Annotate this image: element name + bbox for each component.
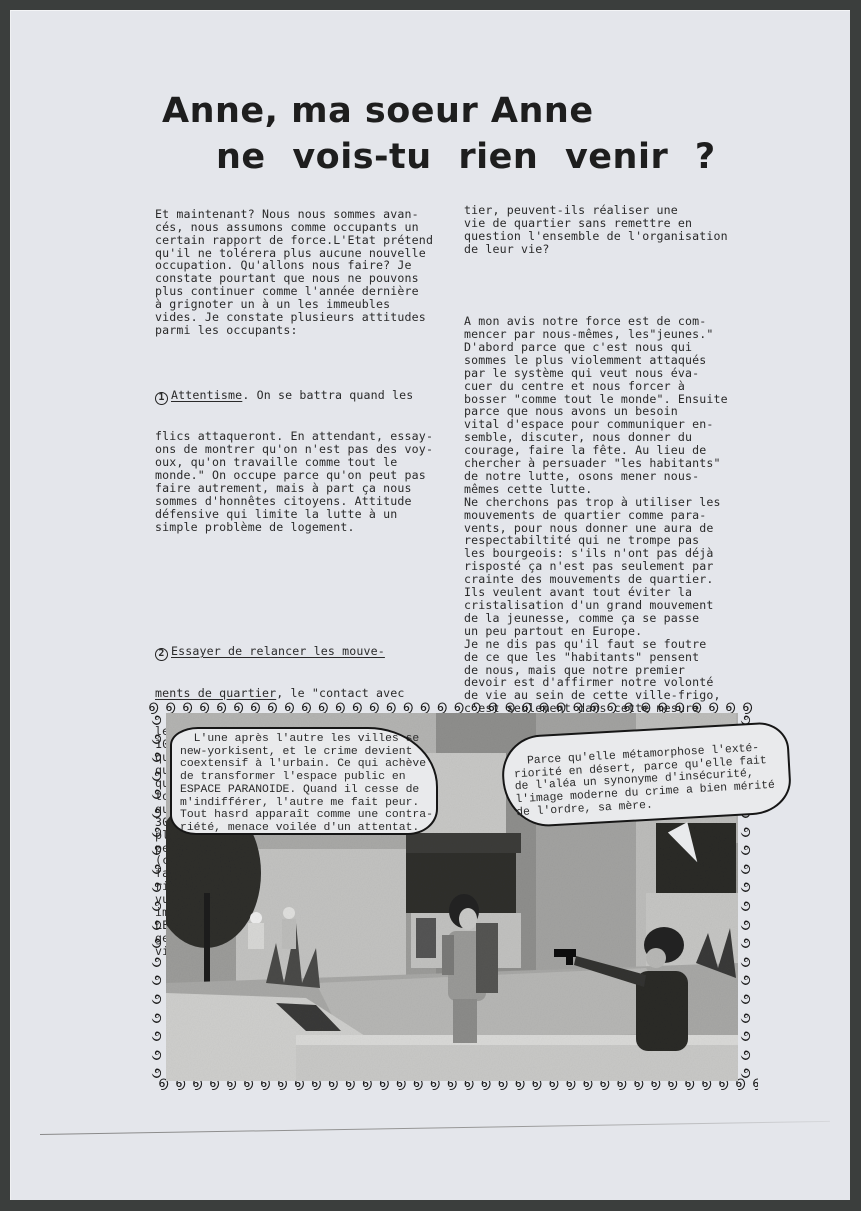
text-line: de ce que les "habitants" pensent: [464, 651, 749, 664]
text-line: Et maintenant? Nous nous sommes avan-: [155, 208, 455, 221]
text-line: question l'ensemble de l'organisation: [464, 230, 749, 243]
text-line: un peu partout en Europe.: [464, 625, 749, 638]
bubble-text-line: new-yorkisent, et le crime devient: [180, 746, 436, 759]
text-line: de notre lutte, osons mener nous-: [464, 470, 749, 483]
photo-collage: ൭ ൭ ൭ ൭ ൭ ൭ ൭ ൭ ൭ ൭ ൭ ൭ ൭ ൭ ൭ ൭ ൭ ൭ ൭ ൭ …: [148, 697, 760, 1097]
bubble-text-line: ESPACE PARANOIDE. Quand il cesse de: [180, 784, 436, 797]
bubble-text-line: de transformer l'espace public en: [180, 771, 436, 784]
text-line: défensive qui limite la lutte à un: [155, 508, 455, 521]
text-line: mouvements de quartier comme para-: [464, 509, 749, 522]
text-line: chercher à persuader "les habitants": [464, 457, 749, 470]
speech-bubble-right: Parce qu'elle métamorphose l'exté-riorit…: [500, 721, 793, 829]
text-line: cuer du centre et nous forcer à: [464, 380, 749, 393]
text-line: par le système qui veut nous éva-: [464, 367, 749, 380]
point-2-title-line-1: Essayer de relancer les mouve-: [171, 644, 385, 658]
text-line: cés, nous assumons comme occupants un: [155, 221, 455, 234]
bubble-text-line: coextensif à l'urbain. Ce qui achève: [180, 758, 436, 771]
headline-line-1: Anne, ma soeur Anne: [162, 88, 742, 134]
text-line: Je ne dis pas qu'il faut se foutre: [464, 638, 749, 651]
text-line: Ne cherchons pas trop à utiliser les: [464, 496, 749, 509]
number-1-circle-icon: 1: [155, 392, 168, 405]
text-line: D'abord parce que c'est nous qui: [464, 341, 749, 354]
intro-paragraph: Et maintenant? Nous nous sommes avan-cés…: [155, 208, 455, 337]
page-headline: Anne, ma soeur Anne ne vois-tu rien veni…: [162, 88, 742, 180]
bubble-text-line: Tout hasrd apparaît comme une contra-: [180, 809, 436, 822]
bubble-text-line: riété, menace voilée d'un attentat.: [180, 822, 436, 835]
headline-line-2: ne vois-tu rien venir ?: [162, 134, 742, 180]
text-line: monde." On occupe parce qu'on peut pas: [155, 469, 455, 482]
text-line: certain rapport de force.L'Etat prétend: [155, 234, 455, 247]
text-line: vie de quartier sans remettre en: [464, 217, 749, 230]
text-line: faire autrement, mais à part ça nous: [155, 482, 455, 495]
right-paragraph-2: A mon avis notre force est de com-mencer…: [464, 315, 749, 754]
text-line: cristalisation d'un grand mouvement: [464, 599, 749, 612]
text-line: mencer par nous-mêmes, les"jeunes.": [464, 328, 749, 341]
text-line: simple problème de logement.: [155, 521, 455, 534]
right-paragraph-1: tier, peuvent-ils réaliser unevie de qua…: [464, 204, 749, 256]
text-line: de la jeunesse, comme ça se passe: [464, 612, 749, 625]
point-1-paragraph: 1Attentisme. On se battra quand les flic…: [155, 363, 455, 560]
speech-bubble-left: L'une après l'autre les villes senew-yor…: [170, 727, 438, 835]
text-line: de leur vie?: [464, 243, 749, 256]
text-line: tier, peuvent-ils réaliser une: [464, 204, 749, 217]
text-line: sommes le plus violemment attaqués: [464, 354, 749, 367]
text-line: sommes d'honnêtes citoyens. Attitude: [155, 495, 455, 508]
point-1-title: Attentisme: [171, 388, 242, 402]
swirl-border-left: ૭૭૭૭૭૭૭૭૭૭૭૭૭૭૭૭૭૭૭૭૭૭: [148, 711, 166, 1085]
text-line: parmi les occupants:: [155, 324, 455, 337]
right-text-column: tier, peuvent-ils réaliser unevie de qua…: [464, 178, 749, 767]
bubble-text-line: m'indifférer, l'autre me fait peur.: [180, 797, 436, 810]
bubble-text-line: L'une après l'autre les villes se: [180, 733, 436, 746]
number-2-circle-icon: 2: [155, 648, 168, 661]
text-line: mêmes cette lutte.: [464, 483, 749, 496]
point-1-first-line: . On se battra quand les: [242, 388, 413, 402]
